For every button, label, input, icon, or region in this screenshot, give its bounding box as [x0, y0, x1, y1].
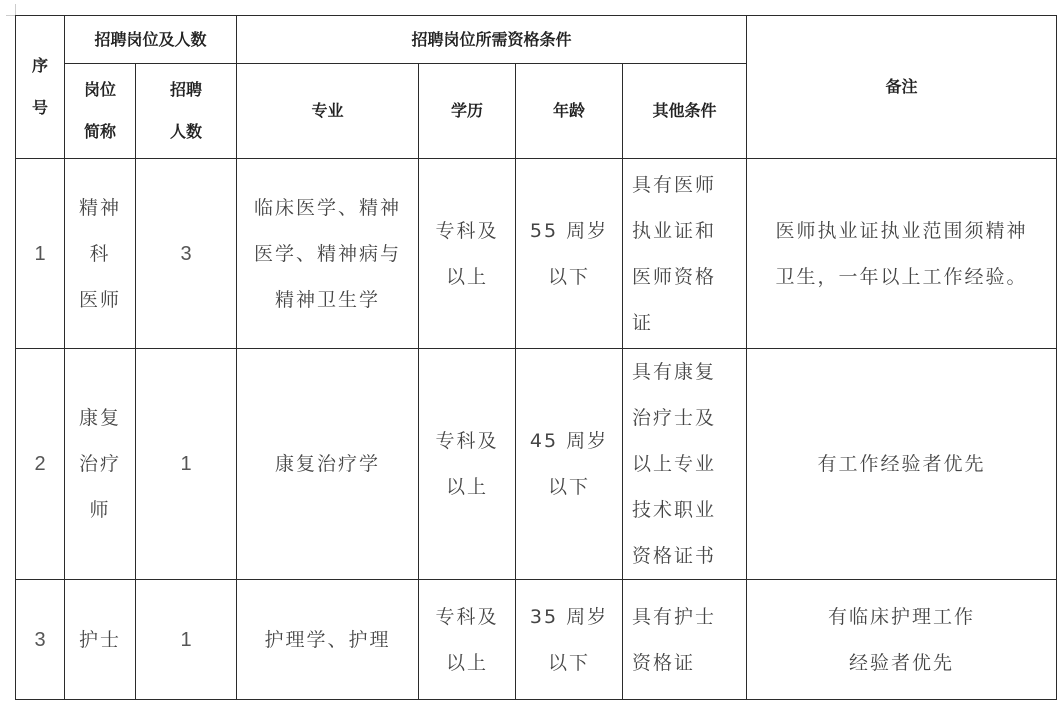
table-row: 1 精神 科 医师 3 临床医学、精神 医学、精神病与 精神卫生学 专科及 以上… — [16, 159, 1057, 349]
cell-count: 3 — [136, 159, 237, 349]
cell-other: 具有康复 治疗士及 以上专业 技术职业 资格证书 — [623, 349, 747, 580]
cell-notes: 医师执业证执业范围须精神 卫生，一年以上工作经验。 — [747, 159, 1057, 349]
header-age: 年龄 — [516, 64, 623, 159]
cell-other: 具有护士 资格证 — [623, 580, 747, 700]
header-row-1: 序 号 招聘岗位及人数 招聘岗位所需资格条件 备注 — [16, 16, 1057, 64]
page-corner-mark — [15, 4, 16, 15]
header-position-name: 岗位 简称 — [65, 64, 136, 159]
cell-age: 35 周岁 以下 — [516, 580, 623, 700]
cell-education: 专科及 以上 — [419, 580, 516, 700]
cell-major: 护理学、护理 — [237, 580, 419, 700]
cell-position: 精神 科 医师 — [65, 159, 136, 349]
cell-notes: 有工作经验者优先 — [747, 349, 1057, 580]
header-headcount: 招聘 人数 — [136, 64, 237, 159]
header-notes: 备注 — [747, 16, 1057, 159]
header-group-requirements: 招聘岗位所需资格条件 — [237, 16, 747, 64]
cell-major: 临床医学、精神 医学、精神病与 精神卫生学 — [237, 159, 419, 349]
header-other: 其他条件 — [623, 64, 747, 159]
cell-position: 康复 治疗 师 — [65, 349, 136, 580]
cell-position: 护士 — [65, 580, 136, 700]
header-major: 专业 — [237, 64, 419, 159]
cell-seq: 3 — [16, 580, 65, 700]
cell-major: 康复治疗学 — [237, 349, 419, 580]
cell-other: 具有医师 执业证和 医师资格 证 — [623, 159, 747, 349]
table-row: 3 护士 1 护理学、护理 专科及 以上 35 周岁 以下 具有护士 资格证 有… — [16, 580, 1057, 700]
cell-age: 45 周岁 以下 — [516, 349, 623, 580]
cell-count: 1 — [136, 580, 237, 700]
cell-education: 专科及 以上 — [419, 159, 516, 349]
header-education: 学历 — [419, 64, 516, 159]
cell-notes: 有临床护理工作 经验者优先 — [747, 580, 1057, 700]
cell-count: 1 — [136, 349, 237, 580]
header-seq: 序 号 — [16, 16, 65, 159]
header-group-position: 招聘岗位及人数 — [65, 16, 237, 64]
cell-seq: 1 — [16, 159, 65, 349]
cell-age: 55 周岁 以下 — [516, 159, 623, 349]
cell-education: 专科及 以上 — [419, 349, 516, 580]
cell-seq: 2 — [16, 349, 65, 580]
recruitment-table: 序 号 招聘岗位及人数 招聘岗位所需资格条件 备注 岗位 简称 招聘 人数 专业… — [15, 15, 1057, 700]
table-row: 2 康复 治疗 师 1 康复治疗学 专科及 以上 45 周岁 以下 具有康复 治… — [16, 349, 1057, 580]
page-corner-mark — [6, 15, 15, 16]
